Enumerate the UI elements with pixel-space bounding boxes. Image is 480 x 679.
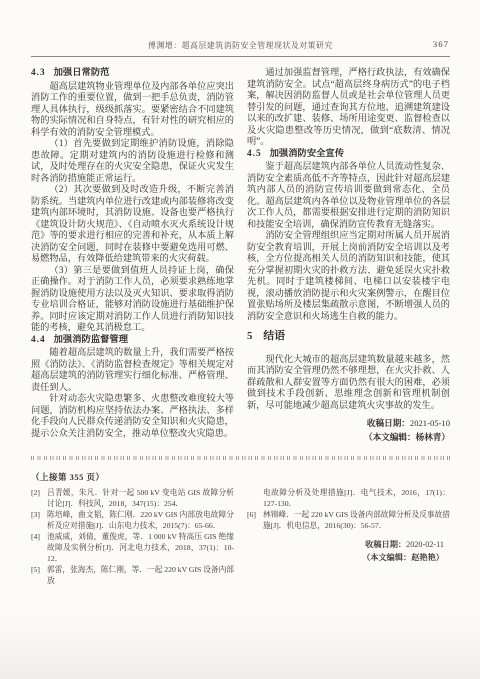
received-date-line: 收稿日期：2021-05-10: [247, 418, 450, 430]
paragraph: （2）其次要做到及时改造升级，不断完善消防系统。当建筑内单位进行改建或内部装修将…: [31, 184, 234, 265]
received-label: 收稿日期：: [367, 418, 410, 428]
reference-text: 吕青媛，朱凡．针对一起 500 kV 变电站 GIS 故障分析讨论[J]．科技风…: [47, 488, 234, 508]
heading-title: 加强消防监督管理: [54, 335, 128, 345]
running-header: 傅渊增：超高层建筑消防安全管理现状及对策研究 367: [31, 40, 450, 52]
paragraph: 针对动态火灾隐患繁多、火患整改难度较大等问题，消防机构应坚持依法办案、严格执法、…: [31, 393, 234, 439]
subsection-heading: 4.4加强消防监督管理: [31, 335, 234, 347]
continuation-received-date: 收稿日期：2020-02-11: [247, 540, 450, 551]
reference-text: 林锦峰．一起 220 kV GIS 设备内部故障分析及反事故措施[J]．机电信息…: [263, 510, 450, 530]
article-columns: 4.3加强日常防范超高层建筑物业管理单位及内部各单位应突出消防工作的重要位置，做…: [31, 67, 450, 443]
continuation-editor-note: （本文编辑：赵艳艳）: [247, 553, 450, 564]
heading-number: 4.5: [247, 149, 262, 159]
page-content: 傅渊增：超高层建筑消防安全管理现状及对策研究 367 4.3加强日常防范超高层建…: [31, 0, 450, 587]
section-heading: 5结语: [247, 331, 450, 343]
references-left-column: [2]吕青媛，朱凡．针对一起 500 kV 变电站 GIS 故障分析讨论[J]．…: [31, 488, 234, 587]
right-column: 通过加强监督管理，严格行政执法，有效确保建筑消防安全。试点“超高层终身病历式”的…: [247, 67, 450, 443]
heading-title: 加强消防安全宣传: [270, 149, 344, 159]
reference-item: [4]池威威，刘倩，董俊虎，等．1 000 kV 特高压 GIS 绝缘故障及实例…: [31, 532, 234, 564]
reference-text: 电故障分析及处理措施[J]．电气技术，2016，17(1)：127-130．: [263, 488, 450, 508]
scanned-paper-page: 傅渊增：超高层建筑消防安全管理现状及对策研究 367 4.3加强日常防范超高层建…: [0, 0, 480, 679]
heading-number: 5: [247, 330, 252, 342]
paragraph: 超高层建筑物业管理单位及内部各单位应突出消防工作的重要位置，做到一把手总负责，消…: [31, 81, 234, 139]
received-label: 收稿日期：: [365, 540, 406, 549]
paragraph: 现代化大城市的超高层建筑数量越来越多，然而其消防安全管理仍然不够理想，在火灾扑救…: [247, 354, 450, 412]
received-value: 2020-02-11: [406, 540, 444, 549]
heading-number: 4.3: [31, 68, 46, 78]
editor-note: （本文编辑：杨林青）: [247, 432, 450, 444]
subsection-heading: 4.3加强日常防范: [31, 68, 234, 80]
subsection-heading: 4.5加强消防安全宣传: [247, 149, 450, 161]
reference-number: [2]: [31, 488, 40, 499]
reference-text: 郭雷，张海杰，陈仁刚，等．一起 220 kV GIS 设备内部放: [47, 565, 234, 585]
reference-item: [6]林锦峰．一起 220 kV GIS 设备内部故障分析及反事故措施[J]．机…: [247, 510, 450, 531]
page-number: 367: [433, 39, 449, 49]
reference-item: [3]陈培峰，曲文韬，陈仁刚．220 kV GIS 内部放电故障分析及应对措施[…: [31, 510, 234, 531]
reference-columns: [2]吕青媛，朱凡．针对一起 500 kV 变电站 GIS 故障分析讨论[J]．…: [31, 488, 450, 587]
left-column: 4.3加强日常防范超高层建筑物业管理单位及内部各单位应突出消防工作的重要位置，做…: [31, 67, 234, 443]
paragraph: 鉴于超高层建筑内部各单位人员流动性复杂、消防安全素质高低不齐等特点，因此针对超高…: [247, 161, 450, 230]
reference-item: [2]吕青媛，朱凡．针对一起 500 kV 变电站 GIS 故障分析讨论[J]．…: [31, 488, 234, 509]
reference-text: 池威威，刘倩，董俊虎，等．1 000 kV 特高压 GIS 绝缘故障及实例分析[…: [47, 532, 234, 562]
reference-item: [5]郭雷，张海杰，陈仁刚，等．一起 220 kV GIS 设备内部放: [31, 565, 234, 586]
reference-item: 电故障分析及处理措施[J]．电气技术，2016，17(1)：127-130．: [247, 488, 450, 509]
paragraph: 随着超高层建筑的数量上升，我们需要严格按照《消防法》、《消防监督检查规定》等相关…: [31, 347, 234, 393]
heading-number: 4.4: [31, 335, 46, 345]
reference-number: [4]: [31, 532, 40, 543]
paragraph: 消防安全管理组织应当定期对所属人员开展消防安全教育培训，开展上岗前消防安全培训以…: [247, 230, 450, 322]
ornament-divider: [31, 456, 450, 460]
reference-number: [6]: [247, 510, 256, 521]
continuation-note: （上接第 355 页）: [31, 471, 450, 483]
paragraph: （1）首先要做到定期维护消防设施，消除隐患故障。定期对建筑内的消防设施进行检修和…: [31, 138, 234, 184]
reference-number: [5]: [31, 565, 40, 576]
reference-number: [3]: [31, 510, 40, 521]
received-value: 2021-05-10: [410, 418, 450, 428]
reference-text: 陈培峰，曲文韬，陈仁刚．220 kV GIS 内部放电故障分析及应对措施[J]．…: [47, 510, 234, 530]
paragraph: （3）第三是要做到值班人员持证上岗，确保正确操作。对于消防工作人员，必须要求熟练…: [31, 265, 234, 334]
heading-title: 结语: [263, 330, 285, 342]
paragraph: 通过加强监督管理，严格行政执法，有效确保建筑消防安全。试点“超高层终身病历式”的…: [247, 67, 450, 148]
header-rule: [31, 56, 450, 57]
references-right-column: 电故障分析及处理措施[J]．电气技术，2016，17(1)：127-130．[6…: [247, 488, 450, 587]
running-title: 傅渊增：超高层建筑消防安全管理现状及对策研究: [31, 40, 450, 51]
heading-title: 加强日常防范: [54, 68, 110, 78]
